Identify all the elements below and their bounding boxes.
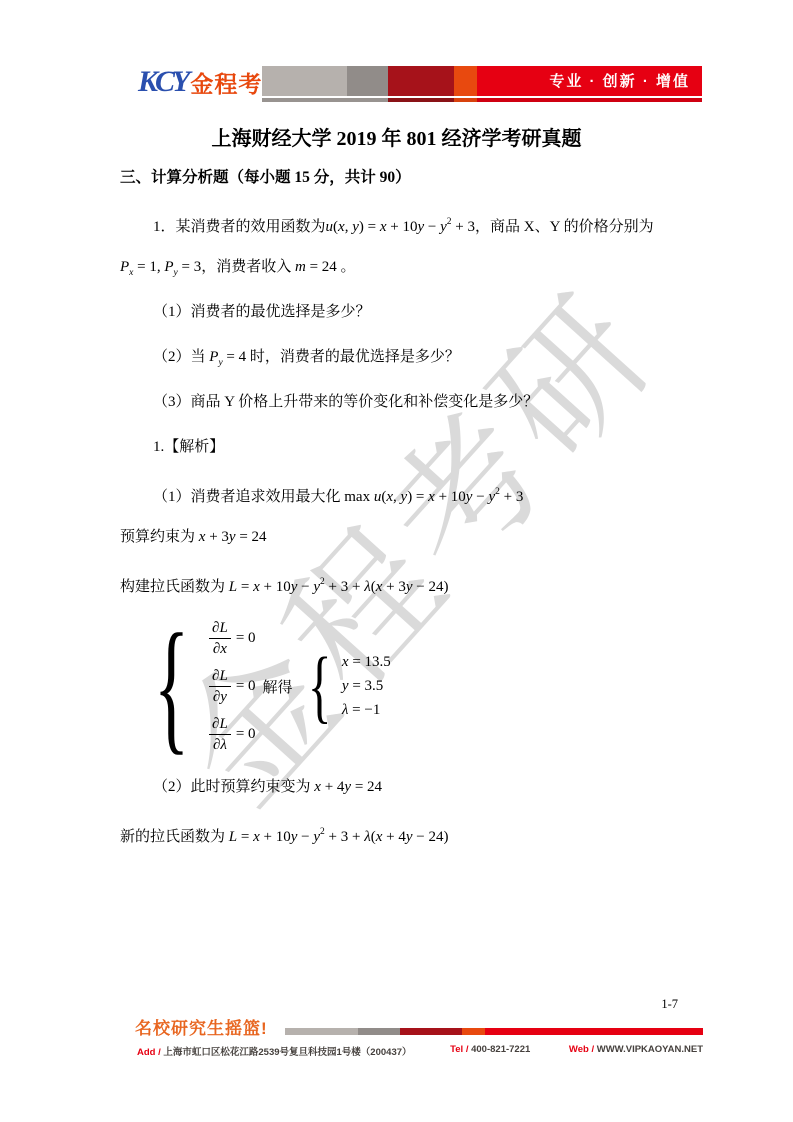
text-run: −	[424, 219, 440, 235]
text-run: L	[229, 579, 237, 595]
text-run: + 4	[382, 829, 405, 845]
footer-contact: Add / 上海市虹口区松花江路2539号复旦科技园1号楼（200437） Te…	[137, 1044, 703, 1058]
text-run: + 3	[500, 489, 523, 505]
equation-rhs: = 0	[236, 678, 256, 695]
text-run: （1）消费者追求效用最大化	[153, 489, 344, 505]
text-run: P	[164, 259, 173, 275]
text-run: − 24)	[413, 829, 449, 845]
text-run: P	[120, 259, 129, 275]
text-run: ，消费者收入	[201, 259, 295, 275]
text-run: + 3 +	[325, 579, 364, 595]
tel-label: Tel /	[450, 1044, 471, 1055]
text-run: x	[380, 219, 387, 235]
text-run: y	[406, 829, 413, 845]
equation-system: {∂L∂x= 0∂L∂y= 0∂L∂λ= 0解得{x = 13.5y = 3.5…	[136, 611, 685, 761]
page-number: 1-7	[661, 997, 678, 1012]
text-run: y	[440, 219, 447, 235]
text-run: + 10	[435, 489, 466, 505]
tel-value: 400-821-7221	[471, 1044, 530, 1055]
text-run: y	[342, 678, 349, 694]
text-run: x	[386, 489, 393, 505]
text-run: + 3 +	[325, 829, 364, 845]
text-run: y	[229, 529, 236, 545]
header-banner-strip	[262, 98, 702, 102]
document-page: KCY 金程考研 专业 · 创新 · 增值 金程考研 上海财经大学 2019 年…	[0, 0, 793, 1122]
body-line: （1）消费者的最优选择是多少？	[120, 290, 685, 335]
text-run: （1）消费者的最优选择是多少？	[153, 304, 371, 320]
text-run: 。	[337, 259, 356, 275]
solutions: x = 13.5y = 3.5λ = −1	[342, 654, 391, 719]
text-run: + 10	[260, 579, 291, 595]
solution-brace: {	[307, 645, 331, 727]
fraction: ∂L∂λ	[209, 715, 231, 754]
body-line: 1.【解析】	[120, 425, 685, 470]
text-run: （2）当	[153, 349, 209, 365]
text-run: L	[229, 829, 237, 845]
text-run: = 24	[351, 779, 382, 795]
text-run: −	[472, 489, 488, 505]
logo-kc-icon: KCY	[138, 65, 187, 99]
text-run: ) =	[407, 489, 428, 505]
text-run: ,	[393, 489, 401, 505]
fraction-numerator: ∂L	[209, 667, 231, 687]
solution-row: x = 13.5	[342, 654, 391, 671]
text-run: + 3	[452, 219, 475, 235]
text-run: （2）此时预算约束变为	[153, 779, 314, 795]
text-run: x	[314, 779, 321, 795]
web-value: WWW.VIPKAOYAN.NET	[597, 1044, 703, 1055]
text-run: − 24)	[413, 579, 449, 595]
fraction-numerator: ∂L	[209, 715, 231, 735]
header-banner: 专业 · 创新 · 增值	[262, 66, 702, 102]
text-run: 时，消费者的最优选择是多少？	[250, 349, 460, 365]
fraction-numerator: ∂L	[209, 619, 231, 639]
text-run: −	[297, 579, 313, 595]
text-run: = 24	[236, 529, 267, 545]
text-run: x	[338, 219, 345, 235]
text-run: =	[237, 829, 253, 845]
body-line: Px = 1, Py = 3，消费者收入 m = 24 。	[120, 245, 685, 290]
text-run: 新的拉氏函数为	[120, 829, 229, 845]
text-run: =	[237, 579, 253, 595]
text-run: 1．某消费者的效用函数为	[153, 219, 326, 235]
text-run: + 3	[205, 529, 228, 545]
footer-tel: Tel / 400-821-7221	[450, 1044, 530, 1058]
text-run: = 24	[306, 259, 337, 275]
text-run: x	[428, 489, 435, 505]
text-run: + 10	[260, 829, 291, 845]
text-run: x	[253, 579, 260, 595]
text-run: 构建拉氏函数为	[120, 579, 229, 595]
solution-row: y = 3.5	[342, 678, 391, 695]
body-line: （2）此时预算约束变为 x + 4y = 24	[120, 765, 685, 810]
text-run: max	[344, 489, 374, 505]
equation-row: ∂L∂x= 0	[209, 619, 255, 658]
footer-bar	[285, 1028, 703, 1035]
equation-row: ∂L∂y= 0	[209, 667, 255, 706]
text-run: + 3	[382, 579, 405, 595]
body-line: （3）商品 Y 价格上升带来的等价变化和补偿变化是多少？	[120, 380, 685, 425]
text-run: ) =	[359, 219, 380, 235]
section-heading: 三、计算分析题（每小题 15 分，共计 90）	[120, 165, 411, 187]
text-run: ，商品 X、Y 的价格分别为	[475, 219, 654, 235]
text-run: + 4	[321, 779, 344, 795]
web-label: Web /	[569, 1044, 597, 1055]
fraction: ∂L∂y	[209, 667, 231, 706]
footer-slogan: 名校研究生摇篮!	[135, 1014, 268, 1039]
text-run: x	[253, 829, 260, 845]
body-line: 预算约束为 x + 3y = 24	[120, 515, 685, 560]
page-title: 上海财经大学 2019 年 801 经济学考研真题	[0, 122, 793, 151]
text-run: 1.【解析】	[153, 439, 224, 455]
fraction: ∂L∂x	[209, 619, 231, 658]
text-run: = 3.5	[349, 678, 384, 694]
fraction-denominator: ∂y	[213, 687, 227, 706]
text-run: = 4	[223, 349, 250, 365]
fraction-denominator: ∂x	[213, 639, 227, 658]
text-run: = 3	[178, 259, 201, 275]
text-run: y	[352, 219, 359, 235]
equation-rhs: = 0	[236, 630, 256, 647]
text-run: 预算约束为	[120, 529, 199, 545]
body-line: 新的拉氏函数为 L = x + 10y − y2 + 3 + λ(x + 4y …	[120, 810, 685, 855]
text-run: x	[342, 654, 349, 670]
text-run: u	[326, 219, 334, 235]
address-value: 上海市虹口区松花江路2539号复旦科技园1号楼（200437）	[163, 1047, 411, 1058]
text-run: + 10	[387, 219, 418, 235]
header-slogan: 专业 · 创新 · 增值	[549, 70, 690, 91]
text-run: （3）商品 Y 价格上升带来的等价变化和补偿变化是多少？	[153, 394, 538, 410]
text-run: = −1	[348, 702, 380, 718]
document-body: 1．某消费者的效用函数为u(x, y) = x + 10y − y2 + 3，商…	[120, 200, 685, 855]
body-line: （2）当 Py = 4 时，消费者的最优选择是多少？	[120, 335, 685, 380]
body-line: 1．某消费者的效用函数为u(x, y) = x + 10y − y2 + 3，商…	[120, 200, 685, 245]
text-run: = 13.5	[349, 654, 391, 670]
address-label: Add /	[137, 1047, 163, 1058]
footer-address: Add / 上海市虹口区松花江路2539号复旦科技园1号楼（200437）	[137, 1044, 412, 1058]
body-line: 构建拉氏函数为 L = x + 10y − y2 + 3 + λ(x + 3y …	[120, 560, 685, 605]
text-run: y	[406, 579, 413, 595]
equation-row: ∂L∂λ= 0	[209, 715, 255, 754]
text-run: m	[295, 259, 306, 275]
text-run: −	[297, 829, 313, 845]
header-banner-bar: 专业 · 创新 · 增值	[262, 66, 702, 96]
solve-label: 解得	[263, 676, 293, 697]
system-left-brace: {	[154, 612, 190, 760]
equation-rhs: = 0	[236, 726, 256, 743]
text-run: = 1,	[133, 259, 164, 275]
body-line: （1）消费者追求效用最大化 max u(x, y) = x + 10y − y2…	[120, 470, 685, 515]
solution-row: λ = −1	[342, 702, 391, 719]
derivative-equations: ∂L∂x= 0∂L∂y= 0∂L∂λ= 0	[209, 619, 255, 754]
footer-web[interactable]: Web / WWW.VIPKAOYAN.NET	[569, 1044, 703, 1058]
fraction-denominator: ∂λ	[213, 735, 227, 754]
